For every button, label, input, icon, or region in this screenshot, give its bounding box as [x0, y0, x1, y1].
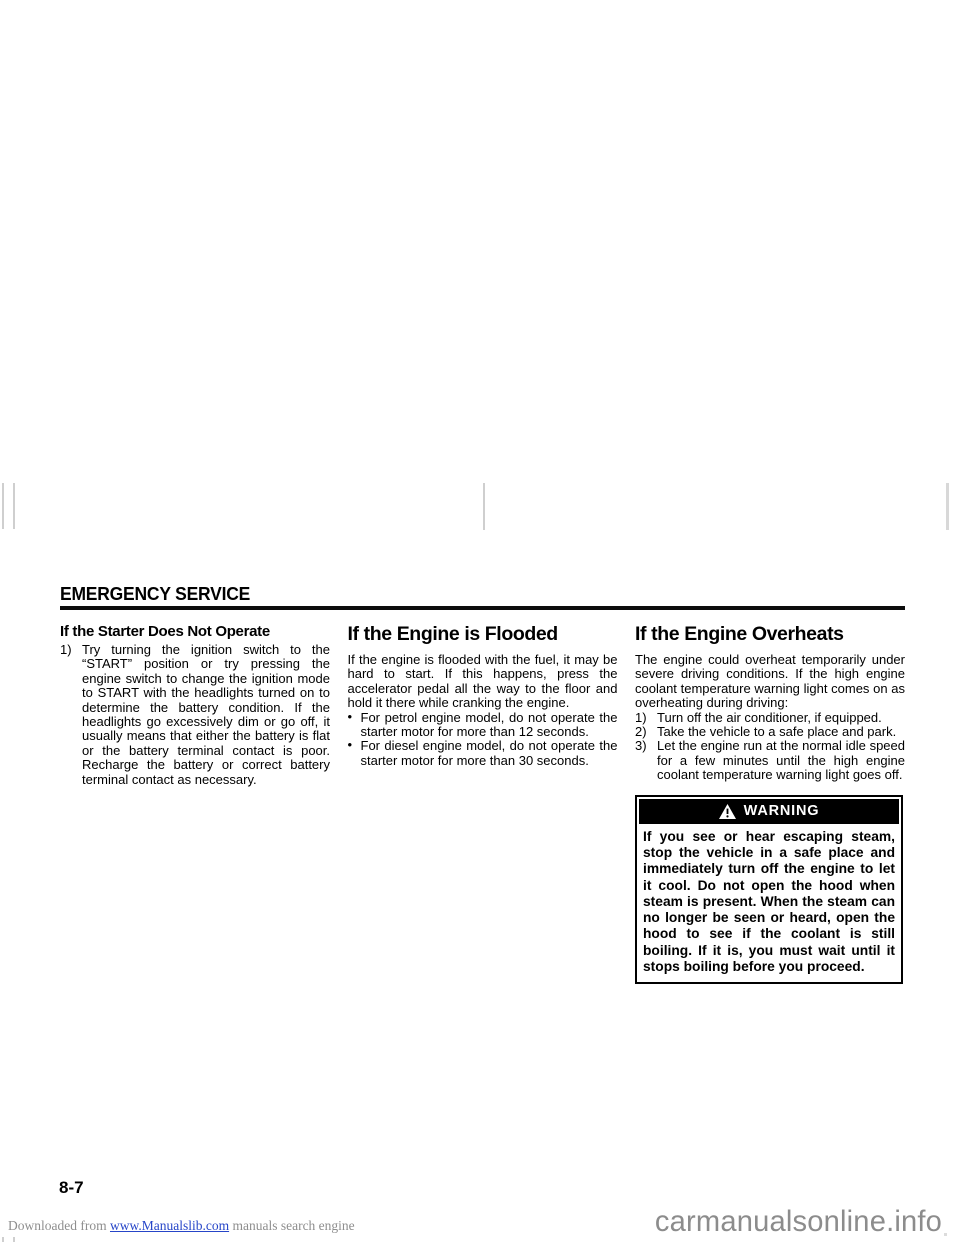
column-engine-is-flooded: If the Engine is Flooded If the engine i…	[348, 623, 618, 984]
manualslib-link[interactable]: www.Manualslib.com	[110, 1218, 229, 1233]
content-columns: If the Starter Does Not Operate 1) Try t…	[60, 623, 905, 984]
warning-body: If you see or hear escaping steam, stop …	[637, 826, 901, 983]
crop-mark	[13, 483, 15, 529]
bullet-text: For petrol engine model, do not operate …	[361, 710, 618, 739]
intro-paragraph: If the engine is flooded with the fuel, …	[348, 653, 618, 711]
numbered-item: 1) Try turning the ignition switch to th…	[60, 643, 330, 787]
list-number: 3)	[635, 739, 647, 753]
column-heading: If the Starter Does Not Operate	[60, 623, 330, 641]
intro-paragraph: The engine could overheat temporarily un…	[635, 653, 905, 711]
crop-mark	[944, 1233, 947, 1236]
warning-box: WARNING If you see or hear escaping stea…	[635, 795, 903, 985]
list-text: Take the vehicle to a safe place and par…	[657, 724, 896, 739]
list-text: Let the engine run at the normal idle sp…	[657, 738, 905, 782]
bullet-text: For diesel engine model, do not operate …	[361, 738, 618, 767]
downloaded-prefix: Downloaded from	[8, 1218, 107, 1233]
crop-mark	[13, 1237, 15, 1242]
downloaded-suffix: manuals search engine	[232, 1218, 354, 1233]
warning-title: WARNING	[744, 803, 820, 819]
crop-mark	[2, 483, 4, 529]
list-number: 1)	[635, 711, 647, 725]
list-number: 2)	[635, 725, 647, 739]
numbered-item: 2) Take the vehicle to a safe place and …	[635, 725, 905, 739]
page-number: 8-7	[59, 1178, 84, 1198]
header-rule	[60, 606, 905, 610]
crop-mark	[483, 483, 485, 530]
carmanualsonline-watermark: carmanualsonline.info	[655, 1205, 942, 1239]
section-header: EMERGENCY SERVICE	[60, 584, 250, 605]
column-engine-overheats: If the Engine Overheats The engine could…	[635, 623, 905, 984]
warning-triangle-icon	[719, 804, 736, 819]
list-text: Try turning the ignition switch to the “…	[82, 642, 330, 787]
bullet-item: • For diesel engine model, do not operat…	[348, 739, 618, 768]
numbered-item: 1) Turn off the air conditioner, if equi…	[635, 711, 905, 725]
column-starter-does-not-operate: If the Starter Does Not Operate 1) Try t…	[60, 623, 330, 984]
list-text: Turn off the air conditioner, if equippe…	[657, 710, 882, 725]
crop-mark	[2, 1237, 4, 1242]
bullet-item: • For petrol engine model, do not operat…	[348, 711, 618, 740]
manual-page: EMERGENCY SERVICE If the Starter Does No…	[0, 0, 960, 1242]
list-number: 1)	[60, 643, 72, 657]
manualslib-footer: Downloaded from www.Manualslib.com manua…	[8, 1218, 355, 1234]
column-heading: If the Engine Overheats	[635, 623, 905, 646]
bullet-glyph: •	[348, 738, 353, 752]
column-heading: If the Engine is Flooded	[348, 623, 618, 646]
bullet-glyph: •	[348, 710, 353, 724]
numbered-item: 3) Let the engine run at the normal idle…	[635, 739, 905, 782]
warning-header-bar: WARNING	[639, 799, 899, 824]
crop-mark	[946, 483, 949, 530]
